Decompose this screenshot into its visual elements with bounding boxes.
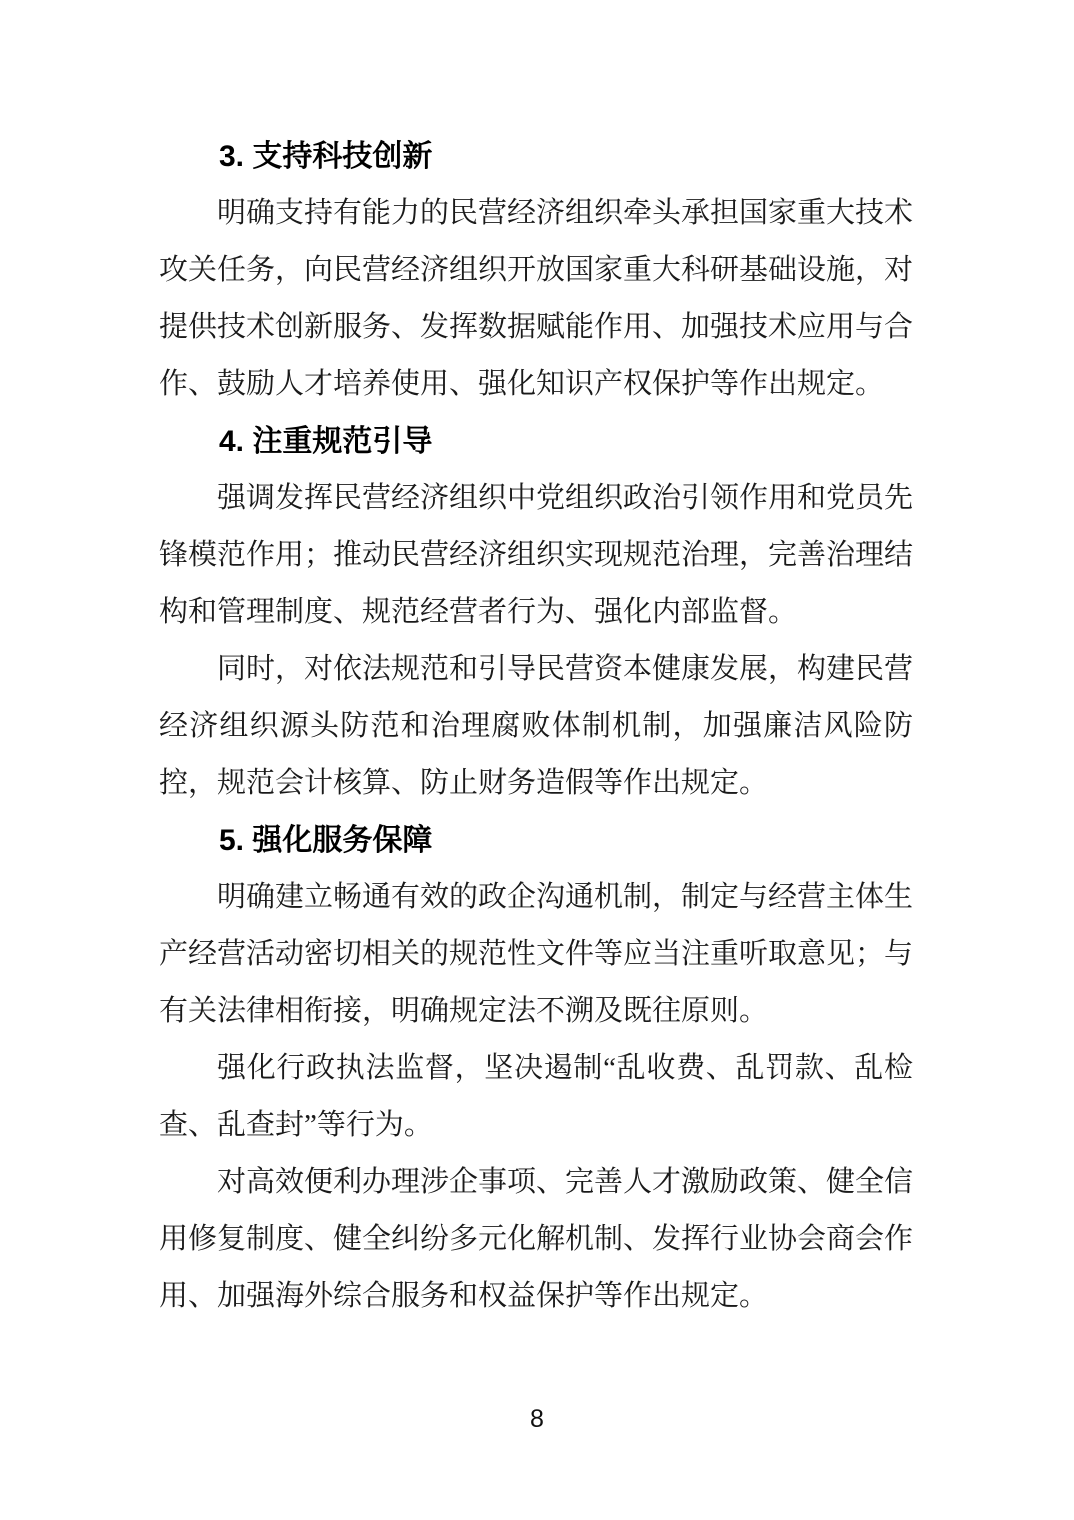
body-paragraph: 明确支持有能力的民营经济组织牵头承担国家重大技术攻关任务，向民营经济组织开放国家… <box>159 185 913 413</box>
body-paragraph: 强调发挥民营经济组织中党组织政治引领作用和党员先锋模范作用；推动民营经济组织实现… <box>159 470 913 641</box>
body-paragraph: 对高效便利办理涉企事项、完善人才激励政策、健全信用修复制度、健全纠纷多元化解机制… <box>159 1154 913 1325</box>
document-content: 3. 支持科技创新明确支持有能力的民营经济组织牵头承担国家重大技术攻关任务，向民… <box>159 128 913 1325</box>
section-heading: 4. 注重规范引导 <box>159 413 913 470</box>
section-heading: 3. 支持科技创新 <box>159 128 913 185</box>
body-paragraph: 同时，对依法规范和引导民营资本健康发展，构建民营经济组织源头防范和治理腐败体制机… <box>159 641 913 812</box>
page-number: 8 <box>0 1399 1074 1439</box>
document-page: 3. 支持科技创新明确支持有能力的民营经济组织牵头承担国家重大技术攻关任务，向民… <box>0 0 1074 1520</box>
section-heading: 5. 强化服务保障 <box>159 812 913 869</box>
body-paragraph: 明确建立畅通有效的政企沟通机制，制定与经营主体生产经营活动密切相关的规范性文件等… <box>159 869 913 1040</box>
body-paragraph: 强化行政执法监督，坚决遏制“乱收费、乱罚款、乱检查、乱查封”等行为。 <box>159 1040 913 1154</box>
